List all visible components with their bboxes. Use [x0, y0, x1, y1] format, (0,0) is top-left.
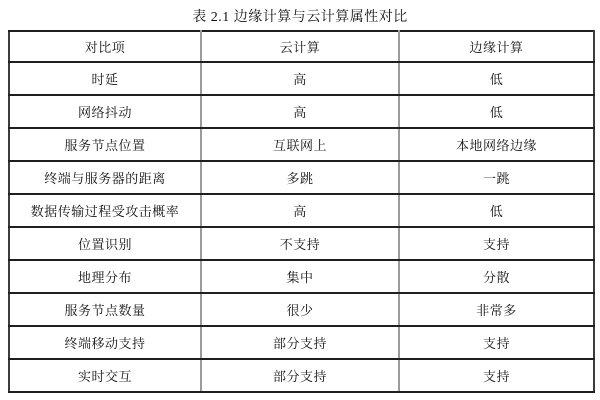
- edge-value-cell: 分散: [399, 260, 594, 293]
- table-row: 终端与服务器的距离 多跳 一跳: [9, 161, 594, 194]
- paper-page: 表 2.1 边缘计算与云计算属性对比 对比项 云计算 边缘计算 时延 高 低 网…: [0, 0, 600, 400]
- cloud-value-cell: 集中: [201, 260, 399, 293]
- table-row: 网络抖动 高 低: [9, 95, 594, 128]
- table-row: 数据传输过程受攻击概率 高 低: [9, 194, 594, 227]
- edge-value-cell: 低: [399, 95, 594, 128]
- table-caption: 表 2.1 边缘计算与云计算属性对比: [0, 0, 600, 28]
- edge-value-cell: 低: [399, 62, 594, 95]
- header-row: 对比项 云计算 边缘计算: [9, 31, 594, 62]
- edge-value-cell: 支持: [399, 326, 594, 359]
- edge-value-cell: 本地网络边缘: [399, 128, 594, 161]
- table-row: 服务节点数量 很少 非常多: [9, 293, 594, 326]
- attribute-cell: 终端与服务器的距离: [9, 161, 201, 194]
- table-row: 服务节点位置 互联网上 本地网络边缘: [9, 128, 594, 161]
- cloud-value-cell: 高: [201, 194, 399, 227]
- table-row: 时延 高 低: [9, 62, 594, 95]
- header-cell-item: 对比项: [9, 31, 201, 62]
- attribute-cell: 地理分布: [9, 260, 201, 293]
- cloud-value-cell: 高: [201, 62, 399, 95]
- table-row: 实时交互 部分支持 支持: [9, 359, 594, 392]
- table-row: 地理分布 集中 分散: [9, 260, 594, 293]
- cloud-value-cell: 很少: [201, 293, 399, 326]
- attribute-cell: 服务节点位置: [9, 128, 201, 161]
- attribute-cell: 终端移动支持: [9, 326, 201, 359]
- edge-value-cell: 支持: [399, 359, 594, 392]
- cloud-value-cell: 多跳: [201, 161, 399, 194]
- edge-value-cell: 支持: [399, 227, 594, 260]
- table-row: 位置识别 不支持 支持: [9, 227, 594, 260]
- attribute-cell: 网络抖动: [9, 95, 201, 128]
- cloud-value-cell: 高: [201, 95, 399, 128]
- edge-value-cell: 一跳: [399, 161, 594, 194]
- comparison-table: 对比项 云计算 边缘计算 时延 高 低 网络抖动 高 低 服务节点位置 互联网上…: [8, 30, 595, 393]
- cloud-value-cell: 部分支持: [201, 359, 399, 392]
- header-cell-cloud: 云计算: [201, 31, 399, 62]
- table-row: 终端移动支持 部分支持 支持: [9, 326, 594, 359]
- edge-value-cell: 非常多: [399, 293, 594, 326]
- cloud-value-cell: 不支持: [201, 227, 399, 260]
- attribute-cell: 服务节点数量: [9, 293, 201, 326]
- edge-value-cell: 低: [399, 194, 594, 227]
- cloud-value-cell: 互联网上: [201, 128, 399, 161]
- attribute-cell: 实时交互: [9, 359, 201, 392]
- attribute-cell: 数据传输过程受攻击概率: [9, 194, 201, 227]
- attribute-cell: 时延: [9, 62, 201, 95]
- cloud-value-cell: 部分支持: [201, 326, 399, 359]
- header-cell-edge: 边缘计算: [399, 31, 594, 62]
- attribute-cell: 位置识别: [9, 227, 201, 260]
